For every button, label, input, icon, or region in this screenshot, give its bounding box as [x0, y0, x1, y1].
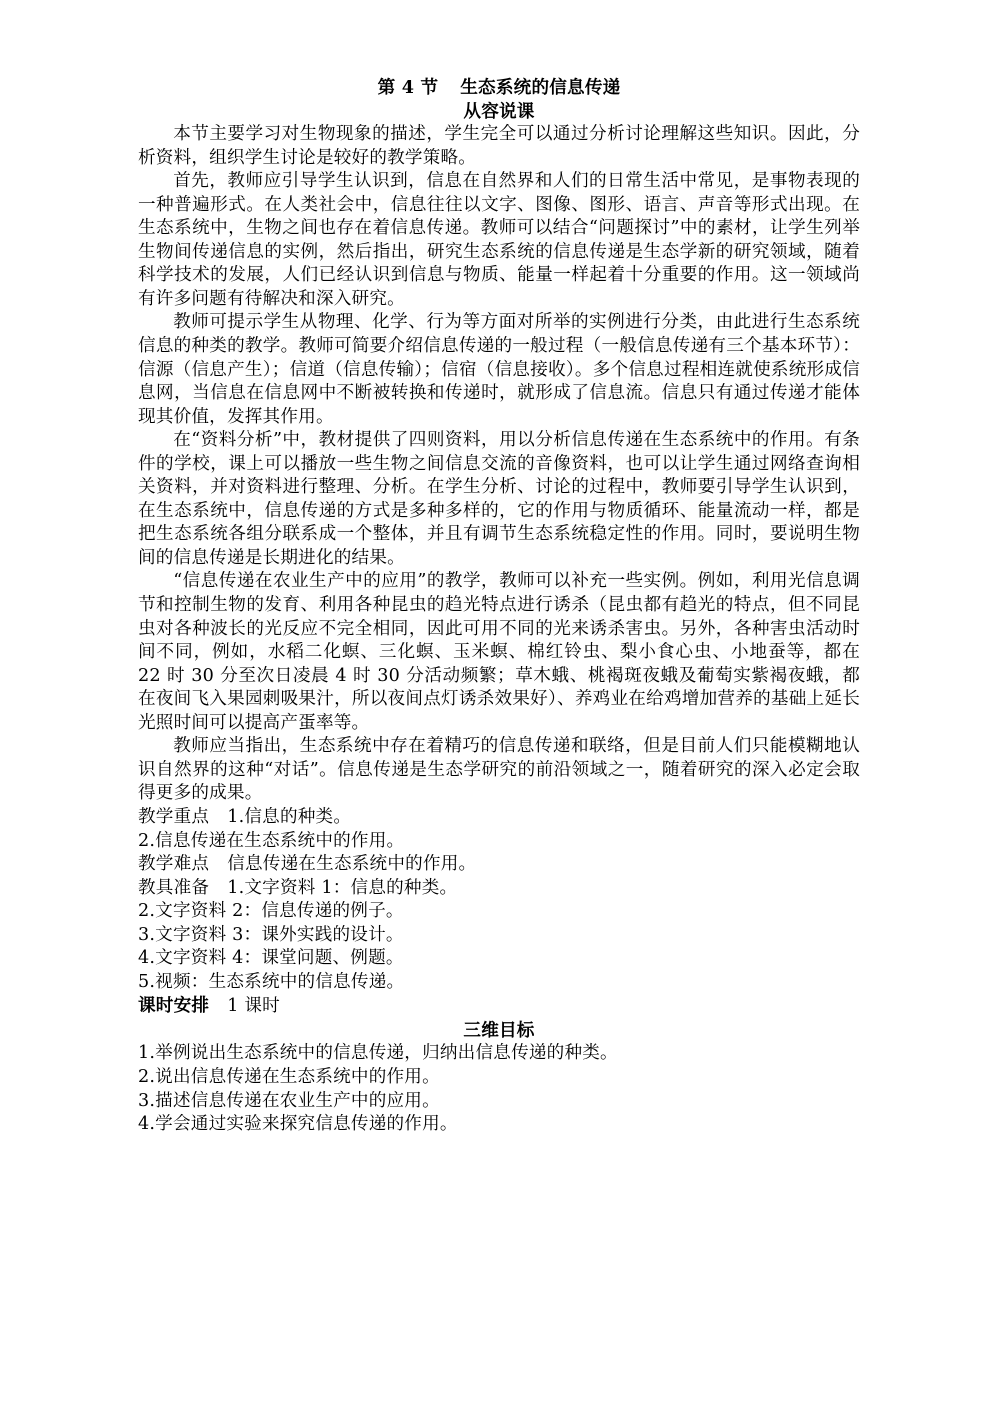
difficult-points-row: 教学难点信息传递在生态系统中的作用。 — [138, 853, 860, 877]
key-point-item: 2.信息传递在生态系统中的作用。 — [138, 830, 860, 854]
section-title: 第 4 节生态系统的信息传递 — [138, 76, 860, 100]
paragraph-information-types: 教师可提示学生从物理、化学、行为等方面对所举的实例进行分类，由此进行生态系统信息… — [138, 311, 860, 429]
paragraph-information-forms: 首先，教师应引导学生认识到，信息在自然界和人们的日常生活中常见，是事物表现的一种… — [138, 170, 860, 311]
schedule-row: 课时安排1 课时 — [138, 994, 860, 1019]
schedule-label: 课时安排 — [138, 995, 209, 1016]
teaching-aid-item: 3.文字资料 3：课外实践的设计。 — [138, 924, 860, 948]
difficult-point-text: 信息传递在生态系统中的作用。 — [227, 854, 476, 874]
teaching-aid-item: 5.视频：生态系统中的信息传递。 — [138, 971, 860, 995]
teaching-aid-item: 2.文字资料 2：信息传递的例子。 — [138, 900, 860, 924]
paragraph-conclusion: 教师应当指出，生态系统中存在着精巧的信息传递和联络，但是目前人们只能模糊地认识自… — [138, 735, 860, 806]
teaching-aids-row: 教具准备1.文字资料 1：信息的种类。 — [138, 877, 860, 901]
teaching-aids-label: 教具准备 — [138, 878, 209, 898]
section-title-text: 生态系统的信息传递 — [460, 77, 620, 98]
teaching-aid-item: 4.文字资料 4：课堂问题、例题。 — [138, 947, 860, 971]
key-points-label: 教学重点 — [138, 807, 209, 827]
difficult-points-label: 教学难点 — [138, 854, 209, 874]
paragraph-data-analysis: 在“资料分析”中，教材提供了四则资料，用以分析信息传递在生态系统中的作用。有条件… — [138, 429, 860, 570]
key-point-item: 1.信息的种类。 — [227, 807, 351, 827]
document-page: 第 4 节生态系统的信息传递 从容说课 本节主要学习对生物现象的描述，学生完全可… — [138, 76, 860, 1137]
schedule-text: 1 课时 — [227, 996, 280, 1016]
objectives-heading: 三维目标 — [138, 1019, 860, 1043]
objective-item: 1.举例说出生态系统中的信息传递，归纳出信息传递的种类。 — [138, 1042, 860, 1066]
objective-item: 4.学会通过实验来探究信息传递的作用。 — [138, 1113, 860, 1137]
teaching-aid-item: 1.文字资料 1：信息的种类。 — [227, 878, 457, 898]
objective-item: 3.描述信息传递在农业生产中的应用。 — [138, 1090, 860, 1114]
paragraph-intro: 本节主要学习对生物现象的描述，学生完全可以通过分析讨论理解这些知识。因此，分析资… — [138, 123, 860, 170]
objective-item: 2.说出信息传递在生态系统中的作用。 — [138, 1066, 860, 1090]
subtitle-heading: 从容说课 — [138, 100, 860, 124]
key-points-row: 教学重点1.信息的种类。 — [138, 806, 860, 830]
paragraph-agriculture-application: “信息传递在农业生产中的应用”的教学，教师可以补充一些实例。例如，利用光信息调节… — [138, 570, 860, 735]
section-number: 第 4 节 — [378, 77, 439, 98]
